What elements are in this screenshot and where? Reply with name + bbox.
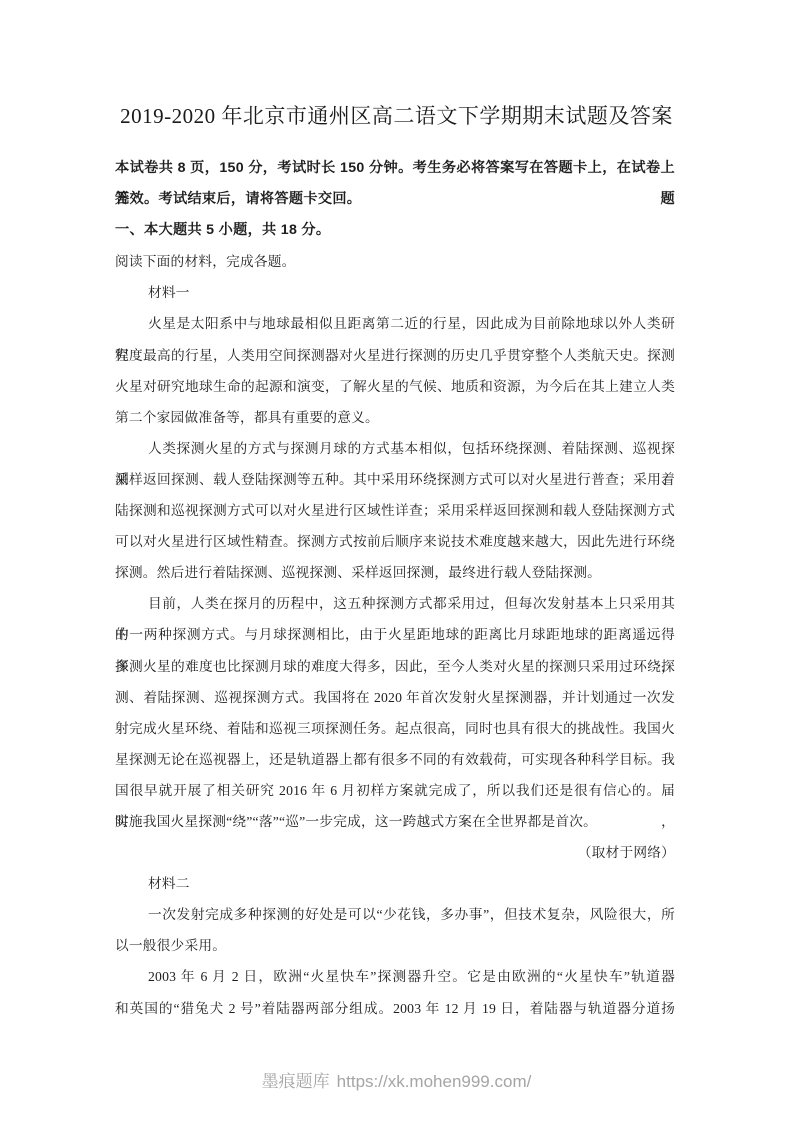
paragraph-line: 火星对研究地球生命的起源和演变，了解火星的气候、地质和资源，为今后在其上建立人类	[115, 371, 675, 402]
paragraph-line: 以一般很少采用。	[115, 930, 675, 961]
paragraph-line: 射完成火星环绕、着陆和巡视三项探测任务。起点很高，同时也具有很大的挑战性。我国火	[115, 713, 675, 744]
document-title: 2019-2020 年北京市通州区高二语文下学期期末试题及答案	[0, 101, 793, 131]
paragraph-line: 探测。然后进行着陆探测、巡视探测、采样返回探测，最终进行载人登陆探测。	[115, 557, 675, 588]
footer-site-url-link[interactable]: https://xk.mohen999.com/	[337, 1072, 532, 1091]
paragraph-line: 和英国的“猎兔犬 2 号”着陆器两部分组成。2003 年 12 月 19 日，着…	[115, 993, 675, 1024]
footer-site-name: 墨痕题库	[262, 1072, 330, 1091]
footer-watermark: 墨痕题库https://xk.mohen999.com/	[0, 1070, 793, 1094]
section-one-heading: 一、本大题共 5 小题，共 18 分。	[115, 215, 675, 246]
paragraph-line: 探测火星的难度也比探测月球的难度大得多，因此，至今人类对火星的探测只采用过环绕探	[115, 651, 675, 682]
paragraph-line: 可以对火星进行区域性精查。探测方式按前后顺序来说技术难度越来越大，因此先进行环绕	[115, 526, 675, 557]
paragraph-line: 测、着陆探测、巡视探测方式。我国将在 2020 年首次发射火星探测器，并计划通过…	[115, 682, 675, 713]
paragraph-line: 国很早就开展了相关研究 2016 年 6 月初样方案就完成了，所以我们还是很有信…	[115, 775, 675, 806]
document-body: 本试卷共 8 页，150 分，考试时长 150 分钟。考生务必将答案写在答题卡上…	[115, 153, 675, 1024]
paragraph-line: 采样返回探测、载人登陆探测等五种。其中采用环绕探测方式可以对火星进行普查；采用着	[115, 464, 675, 495]
paragraph-line: 一次发射完成多种探测的好处是可以“少花钱，多办事”，但技术复杂，风险很大，所	[115, 899, 675, 930]
paragraph-line: 人类探测火星的方式与探测月球的方式基本相似，包括环绕探测、着陆探测、巡视探测、	[115, 433, 675, 464]
reading-prompt: 阅读下面的材料，完成各题。	[115, 246, 675, 277]
material-one-label: 材料一	[115, 277, 675, 308]
exam-instructions-line: 本试卷共 8 页，150 分，考试时长 150 分钟。考生务必将答案写在答题卡上…	[115, 153, 675, 184]
paragraph-line: 实施我国火星探测“绕”“落”“巡”一步完成，这一跨越式方案在全世界都是首次。	[115, 806, 675, 837]
material-two-label: 材料二	[115, 868, 675, 899]
paragraph-line: 第二个家园做准备等，都具有重要的意义。	[115, 402, 675, 433]
exam-document-page: 2019-2020 年北京市通州区高二语文下学期期末试题及答案 本试卷共 8 页…	[0, 0, 793, 1122]
paragraph-line: 星探测无论在巡视器上，还是轨道器上都有很多不同的有效载荷，可实现各种科学目标。我	[115, 744, 675, 775]
paragraph-line: 的一两种探测方式。与月球探测相比，由于火星距地球的距离比月球距地球的距离遥远得多…	[115, 619, 675, 650]
paragraph-line: 目前，人类在探月的历程中，这五种探测方式都采用过，但每次发射基本上只采用其中	[115, 588, 675, 619]
paragraph-line: 陆探测和巡视探测方式可以对火星进行区域性详查；采用采样返回探测和载人登陆探测方式	[115, 495, 675, 526]
paragraph-line: 2003 年 6 月 2 日，欧洲“火星快车”探测器升空。它是由欧洲的“火星快车…	[115, 961, 675, 992]
paragraph-line: 程度最高的行星，人类用空间探测器对火星进行探测的历史几乎贯穿整个人类航天史。探测	[115, 340, 675, 371]
source-credit: （取材于网络）	[115, 837, 675, 868]
paragraph-line: 火星是太阳系中与地球最相似且距离第二近的行星，因此成为目前除地球以外人类研究	[115, 308, 675, 339]
